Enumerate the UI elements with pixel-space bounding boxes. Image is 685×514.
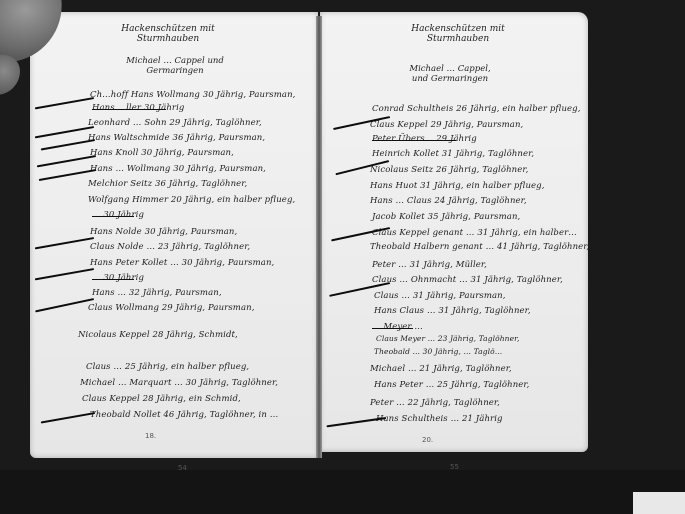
- entry: Hans Claus … 31 Jährig, Taglöhner,: [374, 306, 531, 316]
- heading-line-2: Sturmhauben: [108, 34, 228, 44]
- entry: Hans Nolde 30 Jährig, Paursman,: [90, 227, 237, 237]
- entry: Hans Peter Kollet … 30 Jährig, Paursman,: [90, 258, 274, 268]
- entry-struck: … Meyer …: [372, 322, 423, 332]
- right-page: Hackenschützen mit Sturmhauben Michael ……: [320, 12, 588, 452]
- entry: Nicolaus Seitz 26 Jährig, Taglöhner,: [370, 165, 528, 175]
- entry: Hans … Wollmang 30 Jährig, Paursman,: [90, 164, 266, 174]
- entry: Hans Schultheis … 21 Jährig: [376, 414, 503, 424]
- folio-number: 54: [178, 464, 187, 472]
- entry: Hans Peter … 25 Jährig, Taglöhner,: [374, 380, 529, 390]
- entry: Claus Keppel 29 Jährig, Paursman,: [370, 120, 523, 130]
- entry: Hans … 32 Jährig, Paursman,: [92, 288, 222, 298]
- entry: Peter … 31 Jährig, Müller,: [372, 260, 487, 270]
- entry: Michael … Marquart … 30 Jährig, Taglöhne…: [80, 378, 278, 388]
- book-gutter: [316, 16, 322, 458]
- entry: Claus Keppel 28 Jährig, ein Schmid,: [82, 394, 241, 404]
- right-page-subheading: Michael … Cappel, und Germaringen: [375, 64, 525, 84]
- heading-line-1: Hackenschützen mit: [398, 24, 518, 34]
- left-page: Hackenschützen mit Sturmhauben Michael ……: [30, 12, 318, 458]
- bottom-number: 20.: [422, 436, 433, 444]
- entry: Ch…hoff Hans Wollmang 30 Jährig, Paursma…: [90, 90, 295, 100]
- subheading-line-1: Michael … Cappel,: [375, 64, 525, 74]
- entry: Theobald … 30 Jährig, … Taglö…: [374, 347, 502, 356]
- entry: Hans Waltschmide 36 Jährig, Paursman,: [88, 133, 265, 143]
- entry: Nicolaus Keppel 28 Jährig, Schmidt,: [78, 330, 238, 340]
- entry: Leonhard … Sohn 29 Jährig, Taglöhner,: [88, 118, 262, 128]
- entry: Wolfgang Himmer 20 Jährig, ein halber pf…: [88, 195, 295, 205]
- left-page-heading: Hackenschützen mit Sturmhauben: [108, 24, 228, 44]
- folio-number-right: 55: [450, 463, 459, 471]
- entry: Jacob Kollet 35 Jährig, Paursman,: [372, 212, 520, 222]
- entry: Claus … Ohnmacht … 31 Jährig, Taglöhner,: [372, 275, 563, 285]
- entry: Claus … 25 Jährig, ein halber pflueg,: [86, 362, 249, 372]
- heading-line-1: Hackenschützen mit: [108, 24, 228, 34]
- corner-patch: [633, 492, 685, 514]
- bottom-number: 18.: [145, 432, 156, 440]
- entry: Claus Meyer … 23 Jährig, Taglöhner,: [376, 334, 519, 343]
- entry-struck: Peter Übers… 29 Jährig: [372, 134, 477, 144]
- entry: Heinrich Kollet 31 Jährig, Taglöhner,: [372, 149, 534, 159]
- entry: Conrad Schultheis 26 Jährig, ein halber …: [372, 104, 581, 114]
- entry: Melchior Seitz 36 Jährig, Taglöhner,: [88, 179, 247, 189]
- entry: Claus Nolde … 23 Jährig, Taglöhner,: [90, 242, 250, 252]
- right-page-heading: Hackenschützen mit Sturmhauben: [398, 24, 518, 44]
- heading-line-2: Sturmhauben: [398, 34, 518, 44]
- subheading-line-1: Michael … Cappel und: [100, 56, 250, 66]
- entry: Claus Wollmang 29 Jährig, Paursman,: [88, 303, 255, 313]
- left-page-subheading: Michael … Cappel und Germaringen: [100, 56, 250, 76]
- subheading-line-2: Germaringen: [100, 66, 250, 76]
- entry: Peter … 22 Jährig, Taglöhner,: [370, 398, 500, 408]
- entry: Theobald Nollet 46 Jährig, Taglöhner, in…: [90, 410, 278, 420]
- entry: Hans … Claus 24 Jährig, Taglöhner,: [370, 196, 527, 206]
- entry-struck: … 30 Jährig: [92, 273, 144, 283]
- entry-struck: Hans …ller 30 Jährig: [92, 103, 184, 113]
- entry: Claus … 31 Jährig, Paursman,: [374, 291, 506, 301]
- entry: Hans Knoll 30 Jährig, Paursman,: [90, 148, 234, 158]
- dark-table-surface: [0, 470, 685, 514]
- entry: Theobald Halbern genant … 41 Jährig, Tag…: [370, 242, 589, 252]
- subheading-line-2: und Germaringen: [375, 74, 525, 84]
- entry-struck: … 30 Jährig: [92, 210, 144, 220]
- entry: Claus Keppel genant … 31 Jährig, ein hal…: [372, 228, 577, 238]
- entry: Hans Huot 31 Jährig, ein halber pflueg,: [370, 181, 545, 191]
- entry: Michael … 21 Jährig, Taglöhner,: [370, 364, 512, 374]
